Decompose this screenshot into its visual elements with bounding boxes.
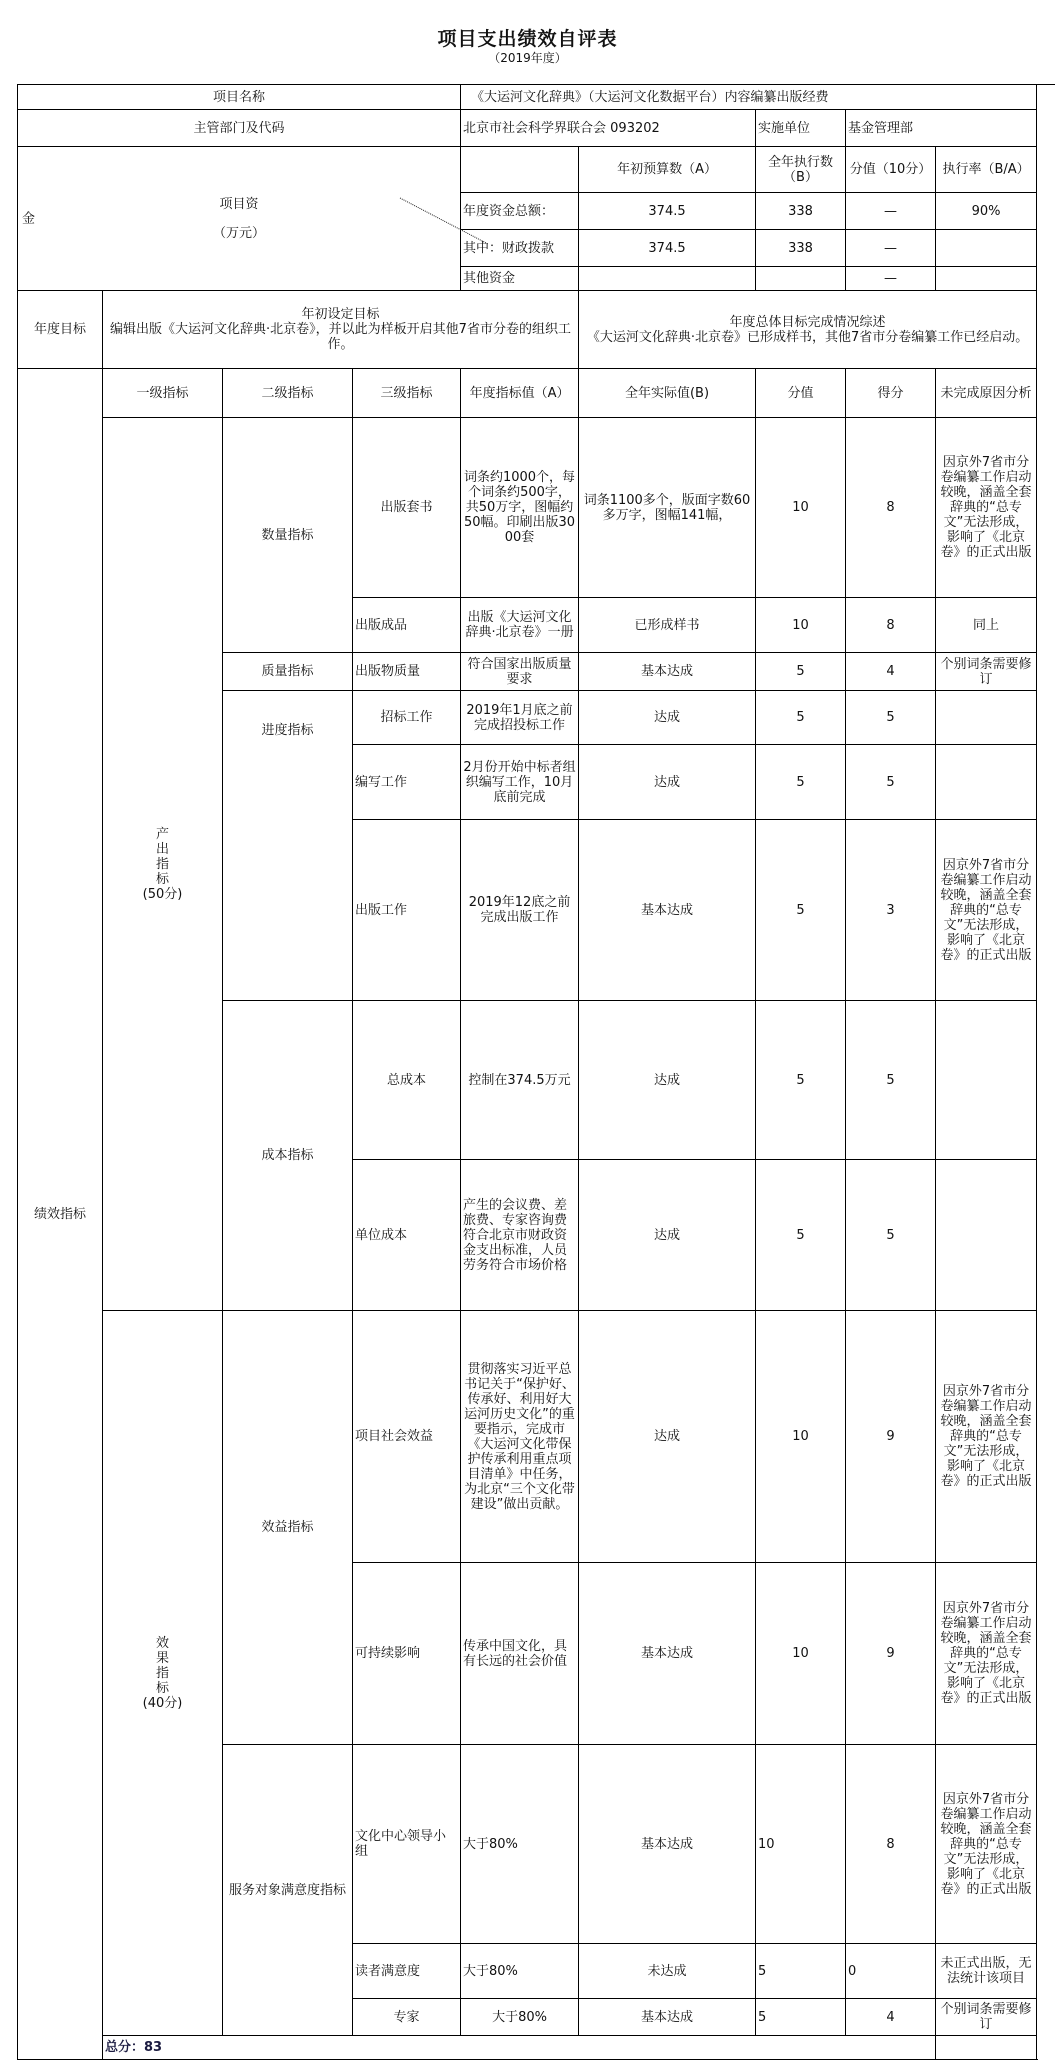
score: 9 [846, 1311, 936, 1563]
target: 词条约1000个，每个词条约500字，共50万字，图幅约50幅。印刷出版3000… [461, 418, 579, 598]
level2-cost: 成本指标 [223, 1001, 353, 1311]
funds-row-name: 其中：财政拨款 [461, 230, 579, 267]
funds-label-cell: 金 项目资 （万元） [18, 147, 461, 291]
header-level2: 二级指标 [223, 369, 353, 418]
actual: 达成 [579, 1311, 756, 1563]
department-row: 主管部门及代码 北京市社会科学界联合会 093202 实施单位 基金管理部 [18, 110, 1037, 147]
actual: 达成 [579, 1160, 756, 1311]
level3: 招标工作 [353, 691, 461, 745]
indicator-row: 产出指标 (50分) 数量指标 出版套书 词条约1000个，每个词条约500字，… [18, 418, 1037, 598]
funds-header-blank [461, 147, 579, 193]
header-actual: 全年实际值(B) [579, 369, 756, 418]
funds-label-unit: （万元） [20, 226, 458, 241]
value: 5 [756, 1160, 846, 1311]
reason: 因京外7省市分卷编纂工作启动较晚，涵盖全套辞典的“总专文”无法形成，影响了《北京… [936, 1563, 1037, 1745]
value: 5 [756, 820, 846, 1001]
goal-summary-title: 年度总体目标完成情况综述 [581, 315, 1034, 330]
actual: 已形成样书 [579, 598, 756, 653]
score: 3 [846, 820, 936, 1001]
target: 2月份开始中标者组织编写工作，10月底前完成 [461, 745, 579, 820]
target: 大于80% [461, 1944, 579, 1999]
level3: 单位成本 [353, 1160, 461, 1311]
level3: 总成本 [353, 1001, 461, 1160]
reason [936, 1160, 1037, 1311]
level2-quantity: 数量指标 [223, 418, 353, 653]
reason: 同上 [936, 598, 1037, 653]
value: 5 [756, 1944, 846, 1999]
funds-header-score-value: 分值（10分） [846, 147, 936, 193]
reason [936, 1001, 1037, 1160]
value: 5 [756, 1999, 846, 2036]
performance-indicators-label: 绩效指标 [18, 369, 103, 2060]
score: 0 [846, 1944, 936, 1999]
level3: 项目社会效益 [353, 1311, 461, 1563]
value: 5 [756, 653, 846, 691]
page-subtitle: （2019年度） [0, 49, 1055, 66]
reason: 因京外7省市分卷编纂工作启动较晚，涵盖全套辞典的“总专文”无法形成，影响了《北京… [936, 1745, 1037, 1944]
score: 5 [846, 745, 936, 820]
impl-value: 基金管理部 [846, 110, 1037, 147]
level1-label: 产出指标 [155, 827, 171, 887]
level3: 专家 [353, 1999, 461, 2036]
score: 4 [846, 653, 936, 691]
level3: 出版工作 [353, 820, 461, 1001]
funds-label-left: 金 [22, 211, 35, 226]
actual: 基本达成 [579, 1563, 756, 1745]
funds-row-executed: 338 [756, 230, 846, 267]
level3: 出版物质量 [353, 653, 461, 691]
target: 大于80% [461, 1745, 579, 1944]
impl-label: 实施单位 [756, 110, 846, 147]
value: 5 [756, 1001, 846, 1160]
annual-goal-label: 年度目标 [18, 291, 103, 369]
level2-quality: 质量指标 [223, 653, 353, 691]
funds-row-score-value: — [846, 267, 936, 291]
target: 产生的会议费、差旅费、专家咨询费符合北京市财政资金支出标准，人员劳务符合市场价格 [461, 1160, 579, 1311]
level1-output: 产出指标 (50分) [103, 418, 223, 1311]
funds-row-name: 年度资金总额： [461, 193, 579, 230]
funds-row-budget [579, 267, 756, 291]
target: 符合国家出版质量要求 [461, 653, 579, 691]
score: 8 [846, 1745, 936, 1944]
self-evaluation-table: 项目名称 《大运河文化辞典》（大运河文化数据平台）内容编纂出版经费 主管部门及代… [17, 84, 1037, 2060]
value: 10 [756, 598, 846, 653]
actual: 基本达成 [579, 1999, 756, 2036]
actual: 未达成 [579, 1944, 756, 1999]
target: 2019年12底之前完成出版工作 [461, 820, 579, 1001]
indicator-row: 效果指标 (40分) 效益指标 项目社会效益 贯彻落实习近平总书记关于“保护好、… [18, 1311, 1037, 1563]
level2-satisfaction: 服务对象满意度指标 [223, 1745, 353, 2036]
level2-progress-label: 进度指标 [225, 723, 350, 738]
value: 10 [756, 418, 846, 598]
funds-row-budget: 374.5 [579, 193, 756, 230]
level2-progress: 进度指标 [223, 691, 353, 1001]
actual: 达成 [579, 691, 756, 745]
project-name-row: 项目名称 《大运河文化辞典》（大运河文化数据平台）内容编纂出版经费 [18, 85, 1037, 110]
reason: 因京外7省市分卷编纂工作启动较晚，涵盖全套辞典的“总专文”无法形成，影响了《北京… [936, 1311, 1037, 1563]
score: 9 [846, 1563, 936, 1745]
indicators-header-row: 绩效指标 一级指标 二级指标 三级指标 年度指标值（A） 全年实际值(B) 分值… [18, 369, 1037, 418]
actual: 达成 [579, 745, 756, 820]
level1-effect: 效果指标 (40分) [103, 1311, 223, 2036]
level3: 出版套书 [353, 418, 461, 598]
reason: 个别词条需要修订 [936, 653, 1037, 691]
funds-header-row: 金 项目资 （万元） 年初预算数（A） 全年执行数（B） 分值（10分） 执行率… [18, 147, 1037, 193]
page-title: 项目支出绩效自评表 [0, 24, 1055, 51]
level1-points: (40分) [143, 1696, 183, 1711]
initial-goal-cell: 年初设定目标 编辑出版《大运河文化辞典·北京卷》，并以此为样板开启其他7省市分卷… [103, 291, 579, 369]
total-blank [936, 2036, 1037, 2060]
dept-label: 主管部门及代码 [18, 110, 461, 147]
score: 5 [846, 1001, 936, 1160]
goal-summary-text: 《大运河文化辞典·北京卷》已形成样书，其他7省市分卷编纂工作已经启动。 [581, 330, 1034, 345]
level3: 读者满意度 [353, 1944, 461, 1999]
actual: 达成 [579, 1001, 756, 1160]
reason: 未正式出版，无法统计该项目 [936, 1944, 1037, 1999]
reason [936, 745, 1037, 820]
top-rule-extension [1035, 84, 1055, 85]
level3: 文化中心领导小组 [353, 1745, 461, 1944]
value: 5 [756, 745, 846, 820]
dept-value: 北京市社会科学界联合会 093202 [461, 110, 756, 147]
level2-benefit: 效益指标 [223, 1311, 353, 1745]
actual: 基本达成 [579, 1745, 756, 1944]
annual-goal-row: 年度目标 年初设定目标 编辑出版《大运河文化辞典·北京卷》，并以此为样板开启其他… [18, 291, 1037, 369]
target: 贯彻落实习近平总书记关于“保护好、传承好、利用好大运河历史文化”的重要指示，完成… [461, 1311, 579, 1563]
actual: 词条1100多个，版面字数60多万字，图幅141幅， [579, 418, 756, 598]
funds-row-score-value: — [846, 193, 936, 230]
target: 2019年1月底之前完成招投标工作 [461, 691, 579, 745]
reason: 因京外7省市分卷编纂工作启动较晚，涵盖全套辞典的“总专文”无法形成，影响了《北京… [936, 820, 1037, 1001]
funds-header-rate: 执行率（B/A） [936, 147, 1037, 193]
level3: 编写工作 [353, 745, 461, 820]
header-level3: 三级指标 [353, 369, 461, 418]
score: 8 [846, 598, 936, 653]
funds-row-rate: 90% [936, 193, 1037, 230]
funds-row-score-value: — [846, 230, 936, 267]
target: 传承中国文化，具有长远的社会价值 [461, 1563, 579, 1745]
level3: 可持续影响 [353, 1563, 461, 1745]
header-reason: 未完成原因分析 [936, 369, 1037, 418]
funds-row-rate [936, 230, 1037, 267]
total-score: 总分：83 [103, 2036, 936, 2060]
level1-label: 效果指标 [155, 1636, 171, 1696]
reason [936, 691, 1037, 745]
header-score: 得分 [846, 369, 936, 418]
header-value: 分值 [756, 369, 846, 418]
funds-row-rate [936, 267, 1037, 291]
level3: 出版成品 [353, 598, 461, 653]
level1-points: (50分) [143, 887, 183, 902]
project-name-value: 《大运河文化辞典》（大运河文化数据平台）内容编纂出版经费 [461, 85, 1037, 110]
funds-header-budget: 年初预算数（A） [579, 147, 756, 193]
funds-header-executed: 全年执行数（B） [756, 147, 846, 193]
funds-row-name: 其他资金 [461, 267, 579, 291]
reason: 个别词条需要修订 [936, 1999, 1037, 2036]
value: 10 [756, 1745, 846, 1944]
initial-goal-title: 年初设定目标 [105, 307, 576, 322]
funds-row-executed: 338 [756, 193, 846, 230]
actual: 基本达成 [579, 820, 756, 1001]
value: 5 [756, 691, 846, 745]
header-level1: 一级指标 [103, 369, 223, 418]
target: 出版《大运河文化辞典·北京卷》一册 [461, 598, 579, 653]
score: 5 [846, 1160, 936, 1311]
funds-label-main: 项目资 [20, 197, 458, 212]
goal-summary-cell: 年度总体目标完成情况综述 《大运河文化辞典·北京卷》已形成样书，其他7省市分卷编… [579, 291, 1037, 369]
funds-row-budget: 374.5 [579, 230, 756, 267]
project-name-label: 项目名称 [18, 85, 461, 110]
reason: 因京外7省市分卷编纂工作启动较晚，涵盖全套辞典的“总专文”无法形成，影响了《北京… [936, 418, 1037, 598]
target: 控制在374.5万元 [461, 1001, 579, 1160]
score: 4 [846, 1999, 936, 2036]
target: 大于80% [461, 1999, 579, 2036]
value: 10 [756, 1311, 846, 1563]
total-row: 总分：83 [18, 2036, 1037, 2060]
initial-goal-text: 编辑出版《大运河文化辞典·北京卷》，并以此为样板开启其他7省市分卷的组织工作。 [105, 322, 576, 352]
value: 10 [756, 1563, 846, 1745]
funds-row-executed [756, 267, 846, 291]
score: 8 [846, 418, 936, 598]
actual: 基本达成 [579, 653, 756, 691]
score: 5 [846, 691, 936, 745]
header-target: 年度指标值（A） [461, 369, 579, 418]
